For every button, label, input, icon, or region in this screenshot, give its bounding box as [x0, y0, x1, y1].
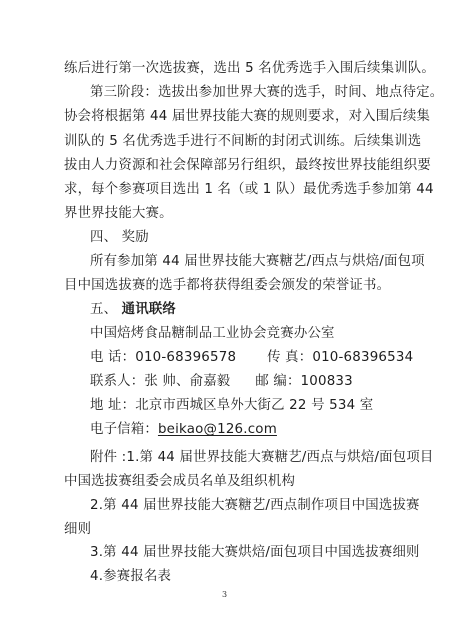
address-label: 地 址： [90, 398, 135, 413]
attachment-line: 4.参赛报名表 [90, 568, 171, 586]
phone-value: 010-68396578 [135, 350, 236, 365]
paragraph-line: 所有参加第 44 届世界技能大赛糖艺/西点与烘焙/面包项 [90, 253, 425, 271]
attachment-line: 2.第 44 届世界技能大赛糖艺/西点制作项目中国选拔赛 [90, 497, 420, 515]
contact-names: 张 帅、俞嘉毅 [144, 374, 230, 389]
document-page: 练后进行第一次选拔赛，选出 5 名优秀选手入围后续集训队。 第三阶段：选拔出参加… [0, 0, 453, 640]
phase3-heading-line: 第三阶段：选拔出参加世界大赛的选手，时间、地点待定。 [90, 84, 443, 102]
paragraph-line: 目中国选拔赛的选手都将获得组委会颁发的荣誉证书。 [64, 277, 390, 295]
attachment-line: 中国选拔赛组委会成员名单及组织机构 [64, 473, 295, 491]
section-number: 五、 [90, 302, 117, 317]
phone-label: 电 话： [90, 350, 135, 365]
page-number: 3 [222, 590, 227, 599]
paragraph-line: 拔由人力资源和社会保障部另行组织，最终按世界技能组织要 [64, 157, 431, 175]
attachment-line: 细则 [64, 521, 91, 539]
paragraph-line: 协会将根据第 44 届世界技能大赛的规则要求，对入围后续集 [64, 108, 430, 126]
address-line: 地 址：北京市西城区阜外大街乙 22 号 534 室 [90, 397, 373, 415]
organization-name: 中国焙烤食品糖制品工业协会竞赛办公室 [90, 325, 335, 343]
paragraph-line: 界世界技能大赛。 [64, 205, 173, 223]
email-line: 电子信箱：beikao@126.com [90, 421, 277, 439]
phone-fax-line: 电 话：010-68396578 传 真：010-68396534 [90, 349, 413, 367]
email-link[interactable]: beikao@126.com [158, 422, 277, 437]
contact-label: 联系人： [90, 374, 144, 389]
contact-postcode-line: 联系人：张 帅、俞嘉毅 邮 编：100833 [90, 373, 353, 391]
attachment-line: 3.第 44 届世界技能大赛烘焙/面包项目中国选拔赛细则 [90, 544, 420, 562]
section-heading-contact: 五、 通讯联络 [90, 301, 176, 319]
postcode-value: 100833 [301, 374, 353, 389]
address-value: 北京市西城区阜外大街乙 22 号 534 室 [135, 398, 373, 413]
attachment-line: 附件 :1.第 44 届世界技能大赛糖艺/西点与烘焙/面包项目 [90, 449, 434, 467]
fax-label: 传 真： [267, 350, 312, 365]
email-label: 电子信箱： [90, 422, 158, 437]
paragraph-line: 练后进行第一次选拔赛，选出 5 名优秀选手入围后续集训队。 [64, 60, 435, 78]
paragraph-line: 训队的 5 名优秀选手进行不间断的封闭式训练。后续集训选 [64, 133, 421, 151]
section-title: 通讯联络 [122, 302, 176, 317]
paragraph-line: 求，每个参赛项目选出 1 名（或 1 队）最优秀选手参加第 44 [64, 181, 434, 199]
section-heading-awards: 四、 奖励 [90, 229, 149, 247]
postcode-label: 邮 编： [255, 374, 300, 389]
fax-value: 010-68396534 [312, 350, 413, 365]
